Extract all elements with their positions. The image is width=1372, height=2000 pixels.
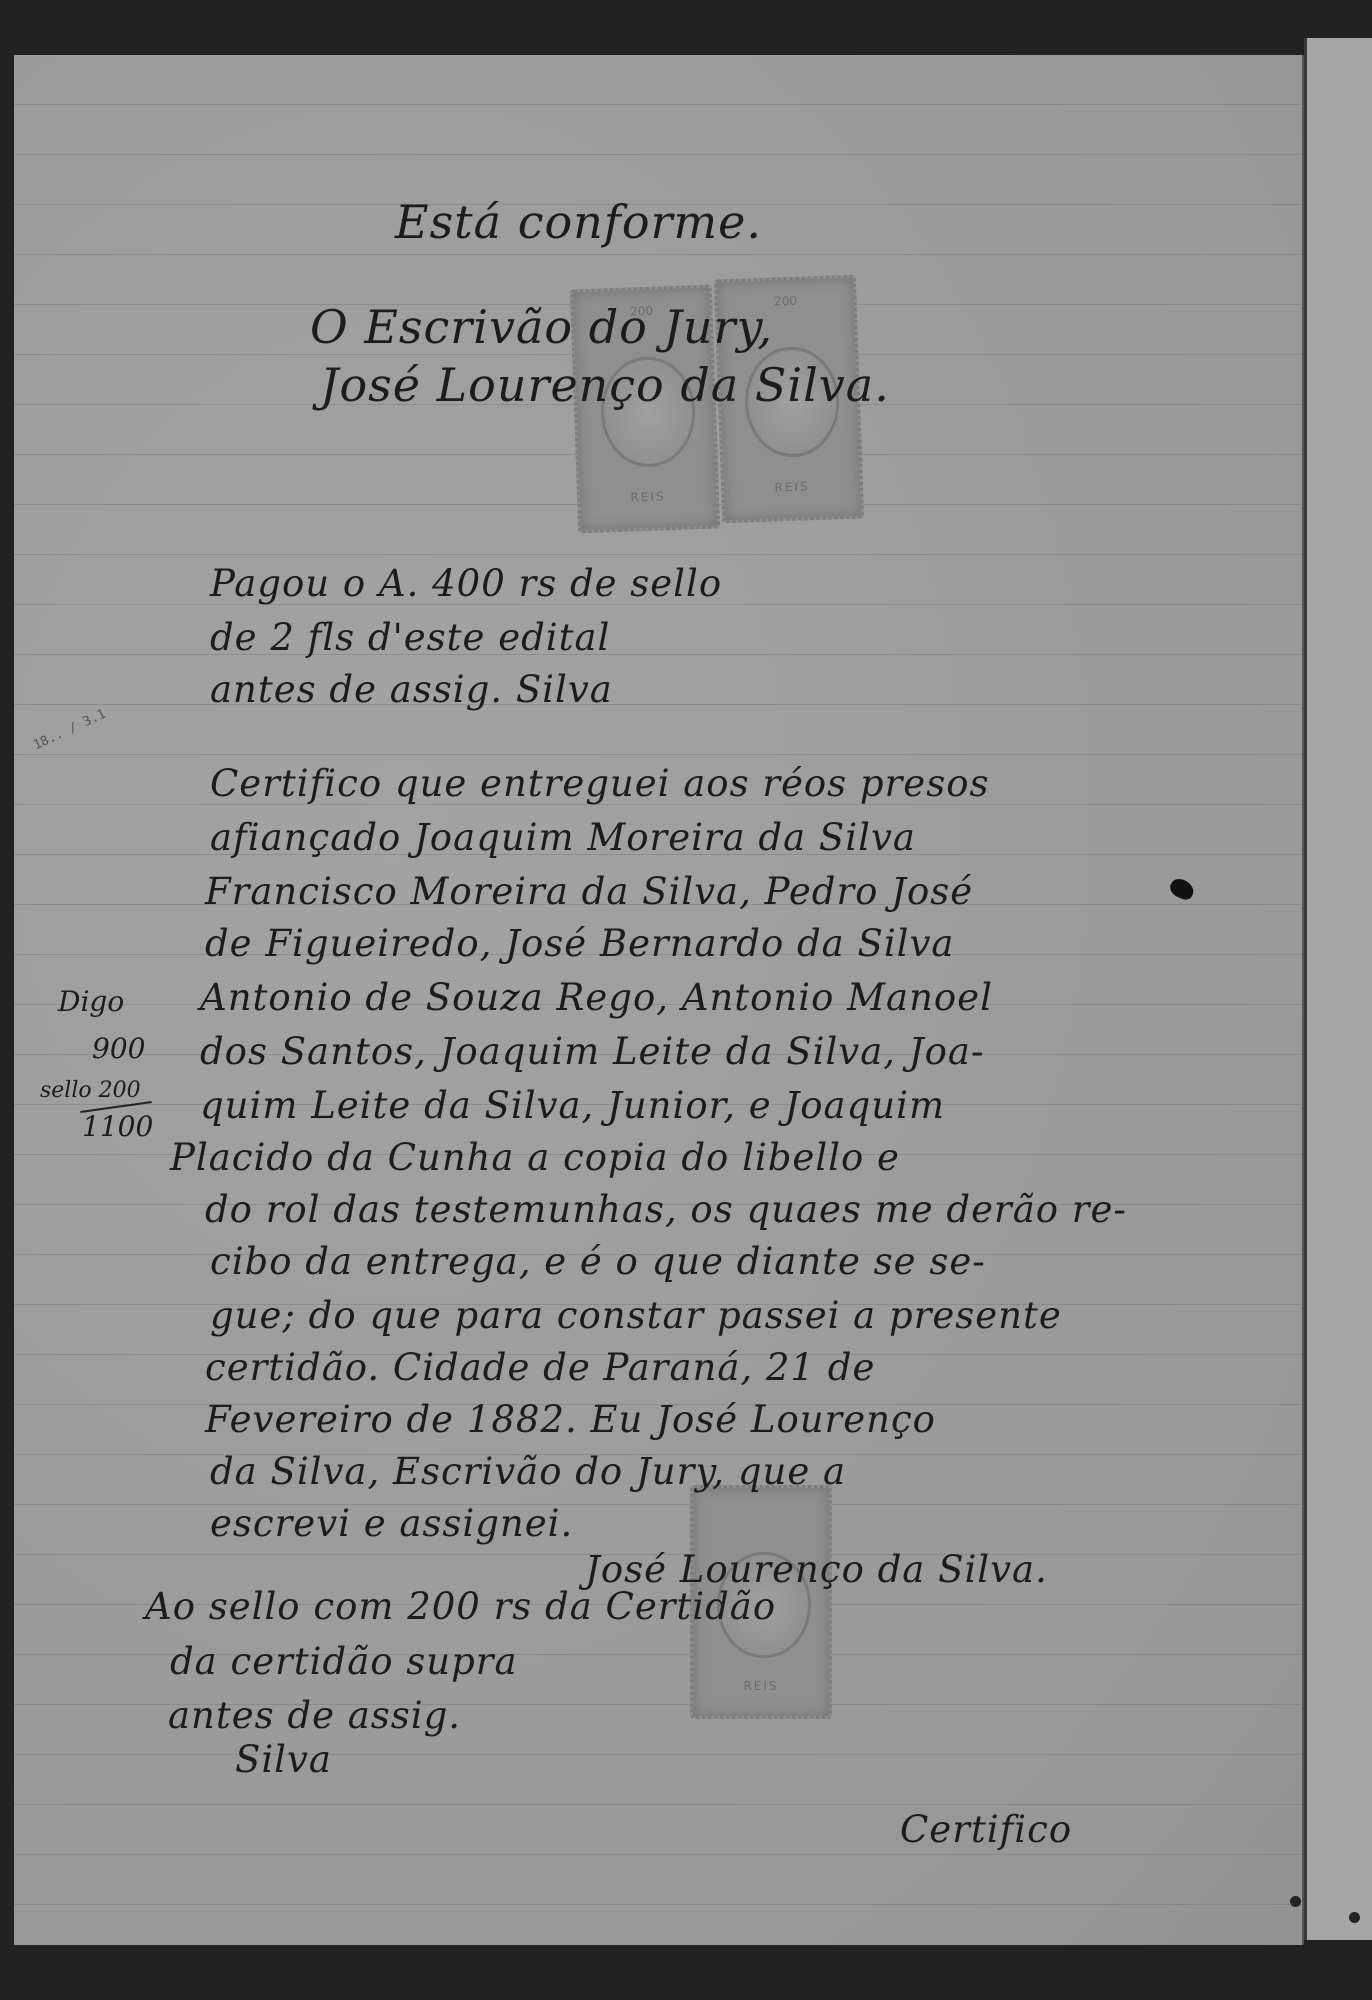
stamp-label: REIS [580,488,716,507]
certificate-line: certidão. Cidade de Paraná, 21 de [205,1346,875,1389]
margin-calc-line: 1100 [82,1110,153,1143]
certificate-line: gue; do que para constar passei a presen… [210,1294,1062,1337]
signature-name: José Lourenço da Silva. [320,358,890,412]
catchword: Certifico [900,1808,1072,1851]
certificate-line: quim Leite da Silva, Junior, e Joaquim [200,1084,945,1127]
conference-note: Está conforme. [395,195,762,249]
stamp-note-line: da certidão supra [170,1640,518,1683]
adjacent-page-edge [1304,38,1372,1940]
margin-calc-line: Digo [58,985,124,1018]
signature-title: O Escrivão do Jury, [310,300,773,354]
certificate-line: Francisco Moreira da Silva, Pedro José [205,870,973,913]
stamp-label: REIS [693,1679,829,1693]
certificate-line: dos Santos, Joaquim Leite da Silva, Joa- [200,1030,984,1073]
certificate-line: afiançado Joaquim Moreira da Silva [210,816,916,859]
certificate-line: Antonio de Souza Rego, Antonio Manoel [200,976,993,1019]
binding-hole [1290,1896,1301,1907]
certificate-line: do rol das testemunhas, os quaes me derã… [205,1188,1127,1231]
certificate-line: cibo da entrega, e é o que diante se se- [210,1240,986,1283]
margin-calc-line: 900 [92,1032,145,1065]
certificate-line: de Figueiredo, José Bernardo da Silva [205,922,954,965]
stamp-note-line: Ao sello com 200 rs da Certidão [145,1585,776,1628]
fee-note-line: de 2 fls d'este edital [210,616,610,659]
margin-calc-line: sello 200 [40,1078,141,1103]
fee-note-line: antes de assig. Silva [210,668,613,711]
certificate-line: escrevi e assignei. [210,1502,573,1545]
certificate-line: Certifico que entreguei aos réos presos [210,762,989,805]
certificate-line: Fevereiro de 1882. Eu José Lourenço [205,1398,936,1441]
certificate-line: da Silva, Escrivão do Jury, que a [210,1450,846,1493]
stamp-label: REIS [724,478,860,497]
certificate-line: Placido da Cunha a copia do libello e [170,1136,900,1179]
fee-note-line: Pagou o A. 400 rs de sello [210,562,722,605]
binding-hole [1349,1912,1360,1923]
stamp-note-line: Silva [235,1738,332,1781]
stamp-note-line: antes de assig. [168,1694,461,1737]
